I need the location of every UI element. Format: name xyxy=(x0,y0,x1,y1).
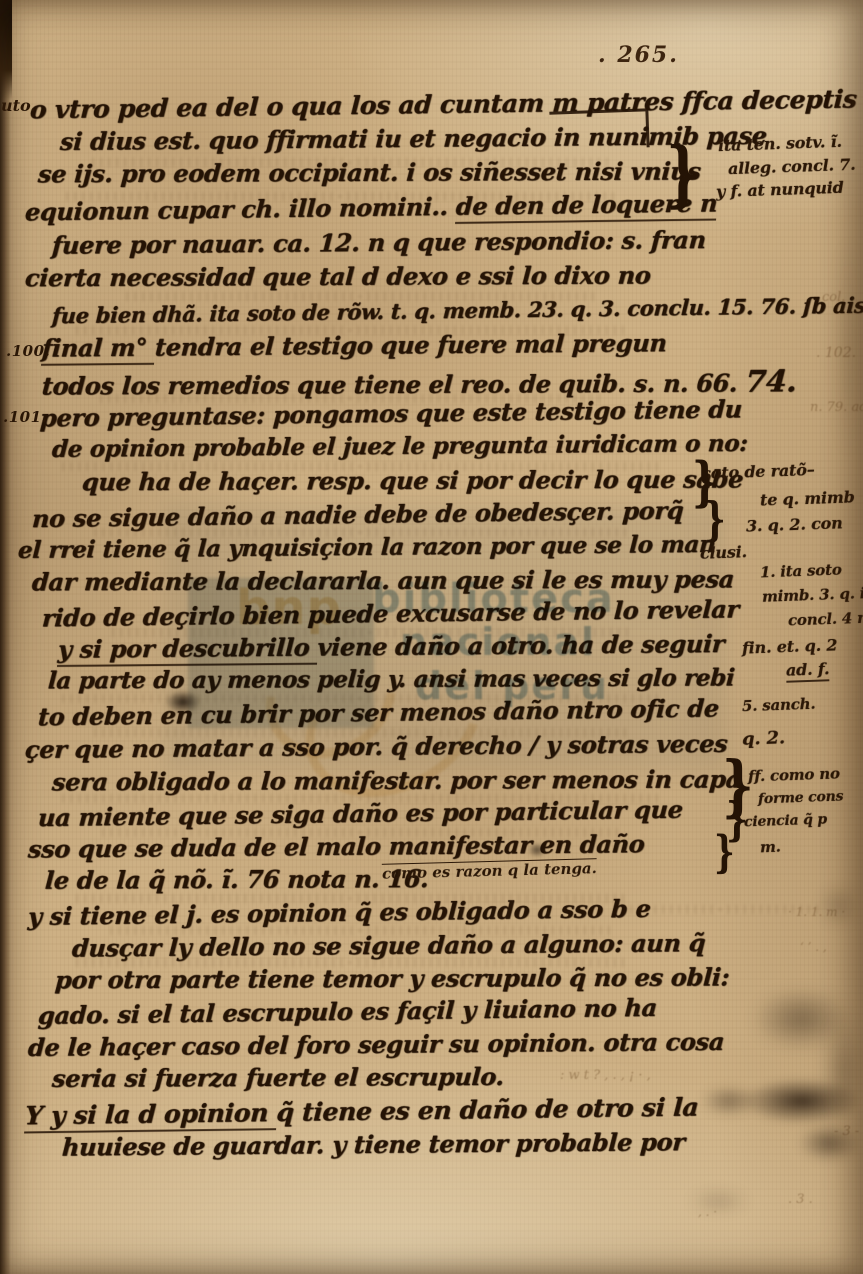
line-segment: çer que no matar a sso por. q̃ derecho /… xyxy=(24,729,728,764)
manuscript-line: o vtro ped ea del o qua los ad cuntam m … xyxy=(29,87,857,124)
manuscript-line: que ha de haçer. resp. que si por decir … xyxy=(81,468,744,496)
line-segment: seria si fuerza fuerte el escrupulo. xyxy=(51,1062,505,1093)
margin-note: alleg. concl. 7. xyxy=(728,155,856,178)
margin-note: concl. 4 m xyxy=(788,609,863,630)
line-segment: de le haçer caso del foro seguir su opin… xyxy=(27,1027,725,1062)
line-segment: y si por descubrillo xyxy=(57,633,318,667)
margin-note: ita ten. sotv. ĩ. xyxy=(718,132,842,155)
manuscript-line: to deben en cu brir por ser menos daño n… xyxy=(37,697,719,731)
ink-smudge xyxy=(688,1188,750,1214)
line-segment: si dius est. quo ffirmati iu et negacio … xyxy=(59,121,767,156)
margin-number: .100. xyxy=(6,342,50,360)
brace-mark: } xyxy=(666,138,700,209)
line-segment: le de la q̃ nõ. ĩ. 76 nota n. 16. xyxy=(44,864,429,895)
margin-note: ff. como no xyxy=(748,764,840,785)
line-segment: Y y si la d opinion xyxy=(24,1098,277,1133)
line-segment: q̃ tiene es en daño de otro si la xyxy=(276,1093,699,1128)
line-segment: o vtro ped ea del o qua los ad cuntam m … xyxy=(29,85,857,125)
margin-note: ad. f. xyxy=(786,659,830,683)
brace-mark: } xyxy=(704,497,726,543)
ink-smudge xyxy=(700,1086,760,1116)
line-segment: gado. si el tal escrupulo es façil y liu… xyxy=(37,993,658,1030)
left-margin-catchword: uto. xyxy=(1,96,36,115)
manuscript-line: le de la q̃ nõ. ĩ. 76 nota n. 16. xyxy=(44,867,429,894)
margin-note: 3. q. 2. con xyxy=(746,513,843,535)
line-segment: cierta necessidad que tal d dexo e ssi l… xyxy=(24,261,652,293)
line-segment: tendra el testigo que fuere mal pregun xyxy=(154,328,667,361)
ghost-mark: : w t ? , . , ¡ · , xyxy=(560,1068,651,1083)
ink-blot xyxy=(165,690,201,714)
folio-number: . 265. xyxy=(598,42,679,68)
margin-note: m. xyxy=(760,838,781,857)
manuscript-line: sso que se duda de el malo manifestar en… xyxy=(27,832,645,862)
line-segment: huuiese de guardar. y tiene temor probab… xyxy=(61,1127,685,1161)
manuscript-line: Y y si la d opinion q̃ tiene es en daño … xyxy=(24,1095,699,1130)
manuscript-line: sera obligado a lo manifestar. por ser m… xyxy=(51,767,742,795)
line-segment: rido de deçirlo bien puede excusarse de … xyxy=(41,594,739,632)
manuscript-line: equionun cupar ch. illo nomini.. de den … xyxy=(24,191,718,225)
manuscript-line: la parte do ay menos pelig y. ansi mas v… xyxy=(47,666,735,693)
margin-note: te q. mimb xyxy=(760,487,855,509)
line-segment: equionun cupar ch. illo nomini.. xyxy=(24,192,457,227)
line-segment: sso que se duda de el malo manifestar en… xyxy=(27,829,645,863)
manuscript-line: cierta necessidad que tal d dexo e ssi l… xyxy=(24,264,651,292)
line-segment: el rrei tiene q̃ la ynquisiçion la razon… xyxy=(17,531,716,564)
manuscript-page: . 265. uto. bnp biblioteca nacional del … xyxy=(0,0,863,1274)
manuscript-line: seria si fuerza fuerte el escrupulo. xyxy=(51,1065,504,1092)
manuscript-line: fuere por nauar. ca. 12. n q que respond… xyxy=(51,228,706,259)
line-segment: final m° xyxy=(41,333,156,366)
edge-mottling xyxy=(836,232,860,462)
margin-note: ciencia q̃ p xyxy=(744,812,827,831)
margin-note: 1. ita soto xyxy=(760,561,842,582)
manuscript-line: dusçar ly dello no se sigue daño a algun… xyxy=(71,931,706,961)
margin-note: forme cons xyxy=(758,789,844,808)
page-corner-shadow xyxy=(0,0,12,100)
margin-note: fin. et. q. 2 xyxy=(742,635,838,657)
manuscript-line: pero preguntase: pongamos que este testi… xyxy=(39,397,742,431)
pen-bracket-mark xyxy=(549,108,649,150)
manuscript-line: de le haçer caso del foro seguir su opin… xyxy=(27,1030,725,1061)
interlinear-note: como es razon q la tenga. xyxy=(382,859,597,883)
manuscript-line: gado. si el tal escrupulo es façil y liu… xyxy=(37,996,657,1029)
manuscript-line: final m° tendra el testigo que fuere mal… xyxy=(41,331,667,361)
manuscript-line: por otra parte tiene temor y escrupulo q… xyxy=(54,966,730,994)
line-segment: se ijs. pro eodem occipiant. i os siñess… xyxy=(37,157,702,189)
manuscript-line: el rrei tiene q̃ la ynquisiçion la razon… xyxy=(17,533,716,563)
book-gutter-edge xyxy=(0,0,11,1274)
line-segment: fuere por nauar. ca. 12. n q que respond… xyxy=(51,225,706,260)
margin-note: mimb. 3. q. i xyxy=(762,584,863,606)
margin-note: 5. sanch. xyxy=(742,695,816,716)
margin-note: soto de ratõ– xyxy=(702,460,815,483)
line-segment: sera obligado a lo manifestar. por ser m… xyxy=(51,764,742,796)
line-segment: que ha de haçer. resp. que si por decir … xyxy=(81,465,744,497)
manuscript-line: ua miente que se siga daño es por partic… xyxy=(37,798,683,831)
manuscript-line: huuiese de guardar. y tiene temor probab… xyxy=(61,1130,685,1160)
line-segment: por otra parte tiene temor y escrupulo q… xyxy=(54,963,730,995)
ink-smudge xyxy=(826,1012,860,1132)
manuscript-line: rido de deçirlo bien puede excusarse de … xyxy=(41,597,739,631)
ghost-mark: ‘ ’ . , xyxy=(800,940,827,954)
ghost-mark: . 3 . xyxy=(788,1192,813,1207)
margin-note: y f. at nunquid xyxy=(716,178,844,201)
ink-smudge xyxy=(818,884,860,928)
ink-blot xyxy=(528,843,546,857)
line-segment: dar mediante la declararla. aun que si l… xyxy=(31,564,735,596)
line-segment: 74. xyxy=(744,364,798,399)
manuscript-line: si dius est. quo ffirmati iu et negacio … xyxy=(59,124,767,155)
ink-smudge xyxy=(798,1124,862,1162)
manuscript-line: se ijs. pro eodem occipiant. i os siñess… xyxy=(37,160,701,188)
brace-mark: } xyxy=(714,830,735,874)
manuscript-line: y si por descubrillo viene daño a otro. … xyxy=(57,632,725,663)
line-segment: de opinion probable el juez le pregunta … xyxy=(51,430,748,463)
line-segment: dusçar ly dello no se sigue daño a algun… xyxy=(71,928,706,963)
margin-number: .101. xyxy=(3,408,47,426)
line-segment: viene daño a otro. ha de seguir xyxy=(317,629,725,662)
line-segment: la parte do ay menos pelig y. ansi mas v… xyxy=(47,664,735,694)
manuscript-line: dar mediante la declararla. aun que si l… xyxy=(31,567,735,595)
manuscript-line: de opinion probable el juez le pregunta … xyxy=(51,432,748,462)
manuscript-line: çer que no matar a sso por. q̃ derecho /… xyxy=(24,732,728,763)
